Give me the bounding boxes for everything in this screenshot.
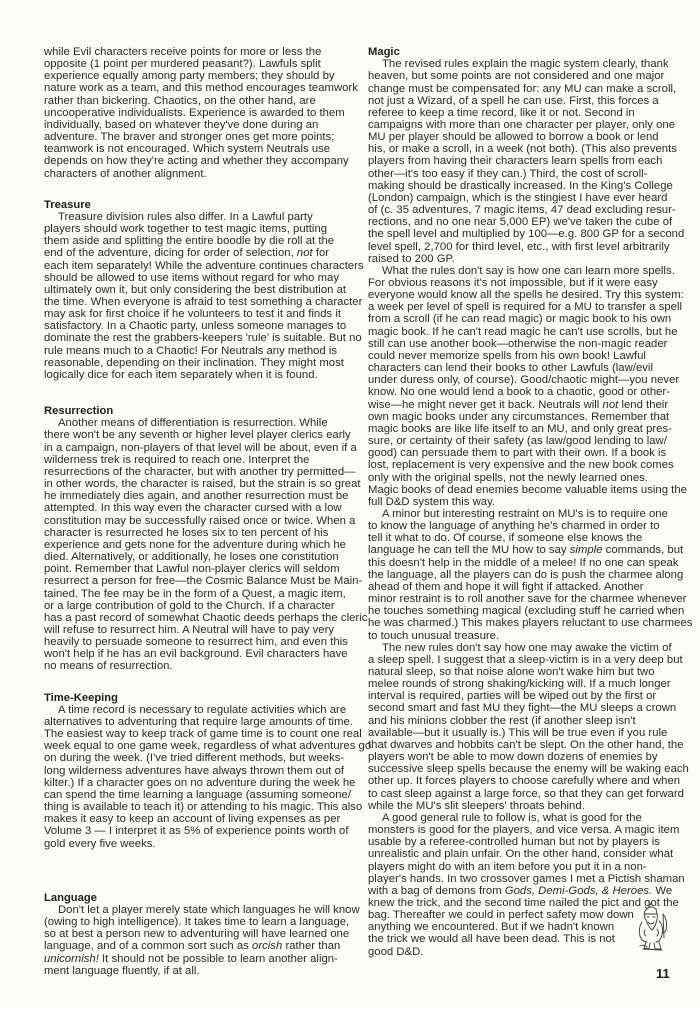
text-fragment: We — [652, 885, 672, 897]
text-line: campaigns with more than one character p… — [368, 119, 686, 131]
treasure-section: Treasure Treasure division rules also di… — [44, 199, 362, 381]
text-line: he immediately dies again, and another r… — [44, 490, 362, 502]
text-line: adventure. The braver and stronger ones … — [44, 131, 362, 143]
text-line: this doesn't help in the middle of a mel… — [368, 557, 686, 569]
text-line: experience and gets none for the adventu… — [44, 539, 362, 551]
text-line: while Evil characters receive points for… — [44, 46, 362, 58]
text-line: still can use another book—otherwise the… — [368, 338, 686, 350]
magic-section: Magic The revised rules explain the magi… — [368, 46, 686, 958]
text-fragment: with a bag of demons from — [368, 885, 505, 897]
text-line: available—but it usually is.) This will … — [368, 727, 686, 739]
text-line: Don't let a player merely state which la… — [44, 904, 362, 916]
text-line: lost, replacement is very expensive and … — [368, 459, 686, 471]
text-line: A minor but interesting restraint on MU'… — [368, 508, 686, 520]
emphasis-gods-demigods-heroes: Gods, Demi-Gods, & Heroes. — [505, 885, 652, 897]
spacer — [44, 850, 362, 892]
text-line: makes it easy to keep an account of livi… — [44, 813, 362, 825]
text-line: players might do with an item before you… — [368, 861, 686, 873]
text-line: only with the original spells, not the n… — [368, 472, 686, 484]
spacer — [44, 673, 362, 692]
text-line: tained. The fee may be in the form of a … — [44, 588, 362, 600]
text-line: monsters is good for the players, and vi… — [368, 824, 686, 836]
emphasis-unicornish: unicornish! — [44, 953, 99, 965]
text-line: each item separately! While the adventur… — [44, 260, 362, 272]
text-fragment: language, and of a common sort such as — [44, 940, 252, 952]
text-line: while the MU's slit sleepers' throats be… — [368, 800, 686, 812]
text-line: week equal to one game week, regardless … — [44, 740, 362, 752]
text-line: with a bag of demons from Gods, Demi-God… — [368, 885, 686, 897]
text-line: thing is available to teach it) or atten… — [44, 801, 362, 813]
text-line: A time record is necessary to regulate a… — [44, 704, 362, 716]
text-line: ahead of them and hope it will fight if … — [368, 581, 686, 593]
text-line: interval is required, parties will be wi… — [368, 690, 686, 702]
text-line: in other words, the character is raised,… — [44, 478, 362, 490]
text-line: unrealistic and plain unfair. On the oth… — [368, 848, 686, 860]
text-line: a week per level of spell is required fo… — [368, 301, 686, 313]
text-line: magic books are like life itself to an M… — [368, 423, 686, 435]
text-line: and his minions clobber the rest (if ano… — [368, 715, 686, 727]
text-line: heaven, but some points are not consider… — [368, 70, 686, 82]
text-line: opposite (1 point per murdered peasant?)… — [44, 58, 362, 70]
text-line: a sleep spell. I suggest that a sleep-vi… — [368, 654, 686, 666]
text-line: The new rules don't say how one may awak… — [368, 642, 686, 654]
magic-paragraph-3: A minor but interesting restraint on MU'… — [368, 508, 686, 642]
text-line: usable by a referee-controlled human but… — [368, 836, 686, 848]
text-line: rections, and no one near 5,000 EP) we'v… — [368, 216, 686, 228]
text-line: alternatives to adventuring that require… — [44, 716, 362, 728]
text-line: heavily to persuade someone to resurrect… — [44, 636, 362, 648]
text-line: characters of another alignment. — [44, 168, 362, 180]
text-line: will refuse to resurrect him. A Neutral … — [44, 624, 362, 636]
text-line: attempted. In this way even the characte… — [44, 502, 362, 514]
text-line: to touch unusual treasure. — [368, 630, 686, 642]
text-line: teamwork is not encouraged. Which system… — [44, 143, 362, 155]
text-fragment: rather than — [282, 940, 340, 952]
text-line: sure, or certainty of their safety (as l… — [368, 435, 686, 447]
text-line: he was charmed.) This makes players relu… — [368, 617, 686, 629]
text-line: to know the language of anything he's ch… — [368, 520, 686, 532]
text-line: that dwarves and hobbits can't be slept.… — [368, 739, 686, 751]
section-heading-magic: Magic — [368, 46, 686, 58]
text-line: Another means of differentiation is resu… — [44, 417, 362, 429]
magazine-page: while Evil characters receive points for… — [0, 0, 700, 1009]
text-line: has a past record of somewhat Chaotic de… — [44, 612, 362, 624]
text-line: melee rounds of strong shaking/kicking w… — [368, 678, 686, 690]
text-line: characters can lend their books to other… — [368, 362, 686, 374]
text-line: referee to keep a time record, like it o… — [368, 107, 686, 119]
text-line: players won't be able to mow down dozens… — [368, 751, 686, 763]
text-line: successive sleep spells because the enem… — [368, 763, 686, 775]
text-line: on during the week. (I've tried differen… — [44, 752, 362, 764]
text-line: A good general rule to follow is, what i… — [368, 812, 686, 824]
text-line: Volume 3 — I interpret it as 5% of exper… — [44, 825, 362, 837]
text-line: should be allowed to use items without r… — [44, 272, 362, 284]
text-line: language, and of a common sort such as o… — [44, 940, 362, 952]
text-line: rather than bickering. Chaotics, on the … — [44, 95, 362, 107]
text-line: own magic books under any circumstances.… — [368, 411, 686, 423]
text-line: may ask for first choice if he volunteer… — [44, 308, 362, 320]
text-line: other—it's too easy if they can.) Third,… — [368, 168, 686, 180]
text-line: Magic books of dead enemies become valua… — [368, 484, 686, 496]
text-line: players from having their characters lea… — [368, 155, 686, 167]
text-line: MU per player should be allowed to borro… — [368, 131, 686, 143]
text-fragment: wise—he might never get it back. Neutral… — [368, 399, 603, 411]
text-line: dominate the rest the grabbers-keepers '… — [44, 332, 362, 344]
magic-paragraph-2: What the rules don't say is how one can … — [368, 265, 686, 508]
text-line: individually, based on whatever they've … — [44, 119, 362, 131]
text-line: them aside and splitting the entire bood… — [44, 235, 362, 247]
left-column: while Evil characters receive points for… — [44, 46, 362, 977]
language-section: Language Don't let a player merely state… — [44, 892, 362, 977]
text-line: tell it what to do. Of course, if someon… — [368, 532, 686, 544]
spacer — [44, 381, 362, 405]
emphasis-not: not — [297, 247, 313, 259]
text-line: (London) campaign, which is the stingies… — [368, 192, 686, 204]
text-line: What the rules don't say is how one can … — [368, 265, 686, 277]
text-line: won't help if he has an evil background.… — [44, 648, 362, 660]
text-line: language he can tell the MU how to say s… — [368, 544, 686, 556]
text-fragment: language he can tell the MU how to say — [368, 544, 570, 556]
time-keeping-section: Time-Keeping A time record is necessary … — [44, 692, 362, 850]
text-line: For obvious reasons it's not impossible,… — [368, 277, 686, 289]
text-line: constitution may be successfully raised … — [44, 515, 362, 527]
text-line: (owing to high intelligence). It takes t… — [44, 916, 362, 928]
text-line: know. No one would lend a book to a chao… — [368, 386, 686, 398]
magic-paragraph-1: The revised rules explain the magic syst… — [368, 58, 686, 265]
text-line: Treasure division rules also differ. In … — [44, 211, 362, 223]
section-heading-time-keeping: Time-Keeping — [44, 692, 362, 704]
text-line: in a campaign, non-players of that level… — [44, 442, 362, 454]
spacer — [44, 180, 362, 199]
text-line: nature work as a team, and this method e… — [44, 82, 362, 94]
section-heading-resurrection: Resurrection — [44, 405, 362, 417]
text-line: resurrect a person for free—the Cosmic B… — [44, 575, 362, 587]
text-line: could never memorize spells from his own… — [368, 350, 686, 362]
text-line: uncooperative individualists. Experience… — [44, 107, 362, 119]
text-line: so at best a person new to adventuring w… — [44, 928, 362, 940]
text-line: The revised rules explain the magic syst… — [368, 58, 686, 70]
text-line: long wilderness adventures have always t… — [44, 765, 362, 777]
text-line: unicornish! It should not be possible to… — [44, 953, 362, 965]
text-line: good) can persuade them to part with the… — [368, 447, 686, 459]
text-line: natural sleep, so that noise alone won't… — [368, 666, 686, 678]
text-line: change must be compensated for: any MU c… — [368, 83, 686, 95]
text-line: the spell level and multiplied by 100—e.… — [368, 228, 686, 240]
text-line: died. Alternatively, or additionally, he… — [44, 551, 362, 563]
text-line: under duress only, of course). Good/chao… — [368, 374, 686, 386]
right-column: Magic The revised rules explain the magi… — [368, 46, 686, 958]
text-line: other up. It forces players to choose ca… — [368, 775, 686, 787]
magic-paragraph-4: The new rules don't say how one may awak… — [368, 642, 686, 812]
text-fragment: lend their — [618, 399, 668, 411]
dwarf-warrior-sketch-icon — [632, 902, 672, 952]
text-fragment: It should not be possible to learn anoth… — [99, 953, 338, 965]
text-line: end of the adventure, dicing for order o… — [44, 247, 362, 259]
text-line: there won't be any seventh or higher lev… — [44, 429, 362, 441]
text-line: to cast sleep against a large force, so … — [368, 788, 686, 800]
text-line: the language, all the players can do is … — [368, 569, 686, 581]
text-line: logically dice for each item separately … — [44, 369, 362, 381]
text-line: not just a Wizard, of a spell he can use… — [368, 95, 686, 107]
text-line: ultimately own it, but only considering … — [44, 284, 362, 296]
text-line: wise—he might never get it back. Neutral… — [368, 399, 686, 411]
text-line: The easiest way to keep track of game ti… — [44, 728, 362, 740]
text-line: raised to 200 GP. — [368, 253, 686, 265]
text-line: full D&D system this way. — [368, 496, 686, 508]
text-line: of (c. 35 adventures, 7 magic items, 47 … — [368, 204, 686, 216]
text-line: from a scroll (if he can read magic) or … — [368, 313, 686, 325]
text-line: wilderness trek is required to reach one… — [44, 454, 362, 466]
text-line: kilter.) If a character goes on no adven… — [44, 777, 362, 789]
text-line: second smart and fast MU they fight—the … — [368, 702, 686, 714]
resurrection-section: Resurrection Another means of differenti… — [44, 405, 362, 672]
text-line: ment language fluently, if at all. — [44, 965, 362, 977]
text-line: or a large contribution of gold to the C… — [44, 600, 362, 612]
intro-section: while Evil characters receive points for… — [44, 46, 362, 180]
text-line: satisfactory. In a Chaotic party, unless… — [44, 320, 362, 332]
text-line: rule means much to a Chaotic! For Neutra… — [44, 345, 362, 357]
text-line: can spend the time learning a language (… — [44, 789, 362, 801]
text-line: reasonable, depending on their inclinati… — [44, 357, 362, 369]
text-line: level spell, 2,700 for third level, etc.… — [368, 241, 686, 253]
text-line: everyone would know all the spells he de… — [368, 289, 686, 301]
emphasis-not: not — [603, 399, 619, 411]
emphasis-simple: simple — [570, 544, 603, 556]
page-number: 11 — [656, 966, 670, 981]
text-line: point. Remember that Lawful non-player c… — [44, 563, 362, 575]
text-line: players should work together to test mag… — [44, 223, 362, 235]
text-line: character is resurrected he loses six to… — [44, 527, 362, 539]
text-line: the time. When everyone is afraid to tes… — [44, 296, 362, 308]
text-line: gold every five weeks. — [44, 838, 362, 850]
text-fragment: end of the adventure, dicing for order o… — [44, 247, 297, 259]
text-line: he touches something magical (excluding … — [368, 605, 686, 617]
text-line: resurrections of the character, but with… — [44, 466, 362, 478]
text-line: no means of resurrection. — [44, 660, 362, 672]
text-line: his, or make a scroll, in a week (not bo… — [368, 143, 686, 155]
emphasis-orcish: orcish — [252, 940, 282, 952]
section-heading-treasure: Treasure — [44, 199, 362, 211]
text-fragment: for — [313, 247, 329, 259]
text-fragment: commands, but — [603, 544, 684, 556]
text-line: depends on how they're acting and whethe… — [44, 155, 362, 167]
text-line: player's hands. In two crossover games I… — [368, 873, 686, 885]
text-line: experience equally among party members; … — [44, 70, 362, 82]
text-line: magic book. If he can't read magic he ca… — [368, 326, 686, 338]
text-line: minor restraint is to roll another save … — [368, 593, 686, 605]
section-heading-language: Language — [44, 892, 362, 904]
text-line: making should be drastically increased. … — [368, 180, 686, 192]
